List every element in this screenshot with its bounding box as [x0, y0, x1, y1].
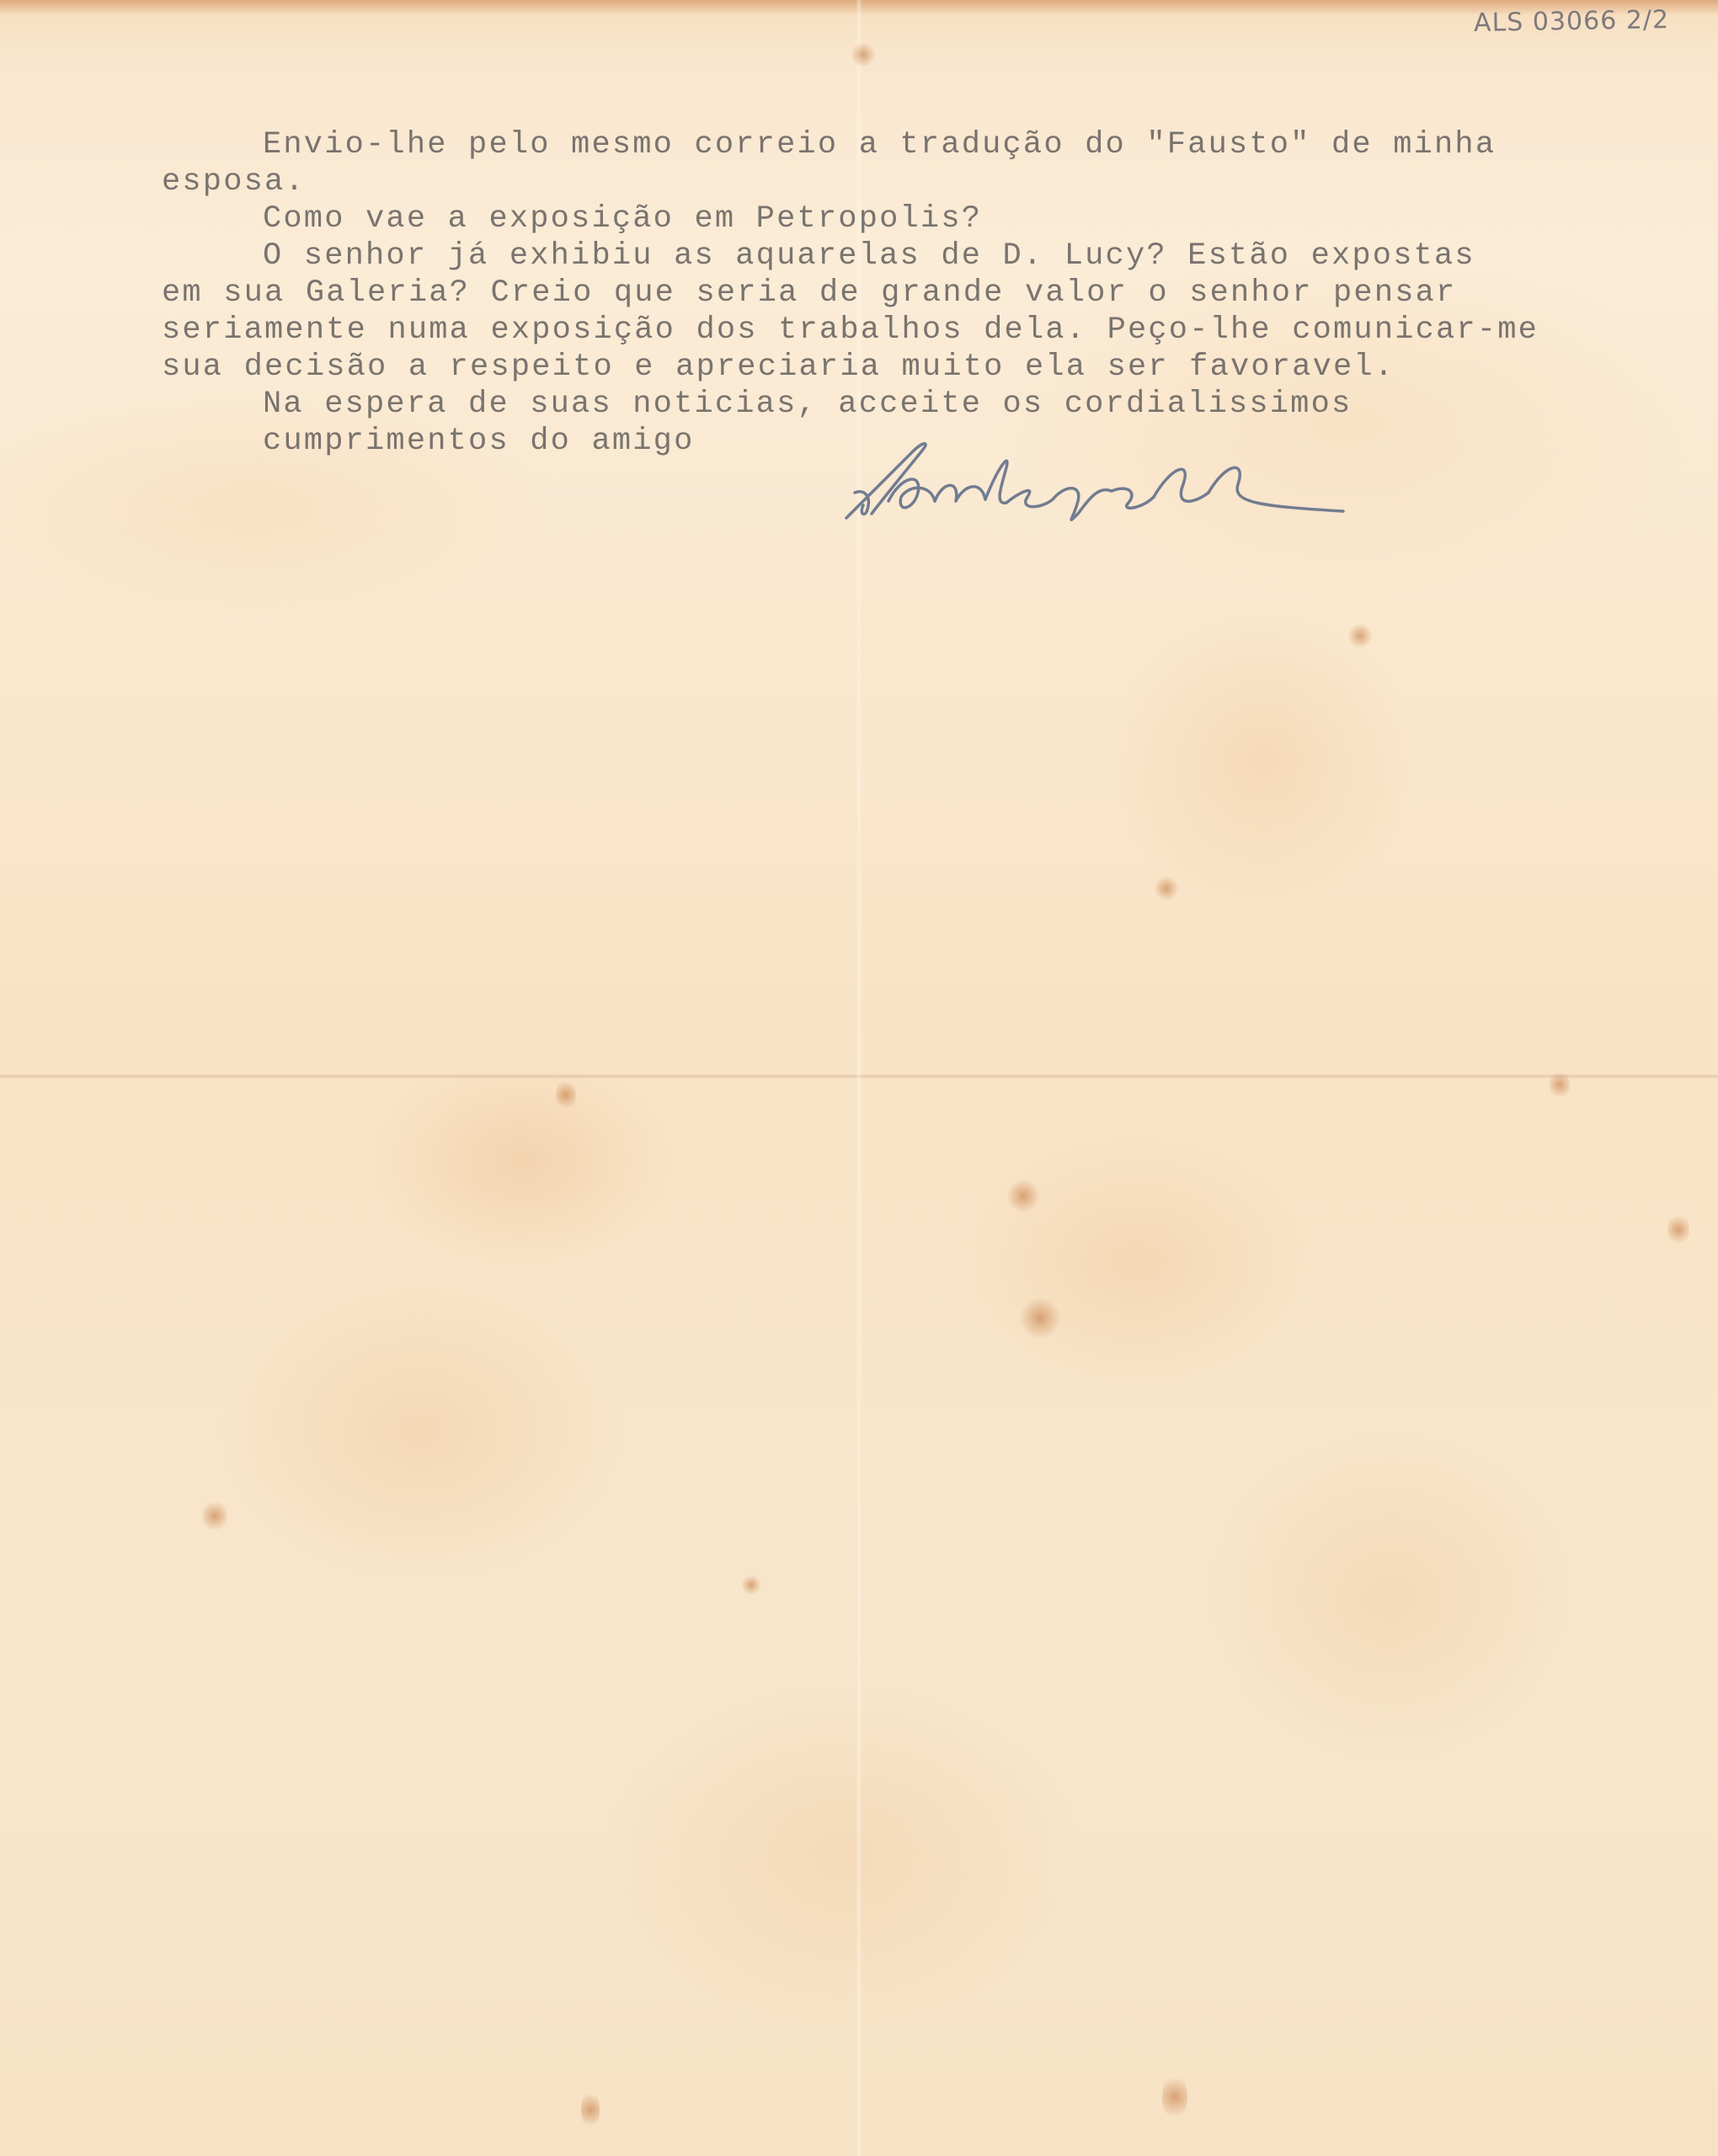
letter-line: em sua Galeria? Creio que seria de grand… [162, 275, 1593, 312]
letter-line: sua decisão a respeito e apreciaria muit… [162, 349, 1593, 386]
foxing-spot [1667, 1213, 1689, 1246]
handwritten-signature [838, 434, 1377, 526]
foxing-spot [556, 1078, 576, 1112]
foxing-spot [581, 2089, 600, 2131]
foxing-spot [1550, 1070, 1570, 1100]
foxing-spot [1347, 623, 1373, 648]
letter-line: Na espera de suas noticias, acceite os c… [162, 386, 1593, 423]
foxing-spot [1162, 2072, 1187, 2122]
foxing-spot [741, 1575, 761, 1595]
letter-line: Como vae a exposição em Petropolis? [162, 200, 1593, 237]
letter-body: Envio-lhe pelo mesmo correio a tradução … [162, 126, 1593, 460]
foxing-spot [1154, 876, 1179, 901]
letter-line: esposa. [162, 163, 1593, 200]
letter-line: O senhor já exhibiu as aquarelas de D. L… [162, 237, 1593, 275]
archive-reference-code: ALS 03066 2/2 [1474, 5, 1670, 38]
foxing-spot [202, 1499, 227, 1533]
letter-line: Envio-lhe pelo mesmo correio a tradução … [162, 126, 1593, 163]
letter-line: seriamente numa exposição dos trabalhos … [162, 312, 1593, 349]
letter-page: ALS 03066 2/2 Envio-lhe pelo mesmo corre… [0, 0, 1718, 2156]
foxing-spot [1006, 1179, 1040, 1213]
foxing-spot [1019, 1297, 1061, 1339]
foxing-spot [851, 42, 876, 67]
